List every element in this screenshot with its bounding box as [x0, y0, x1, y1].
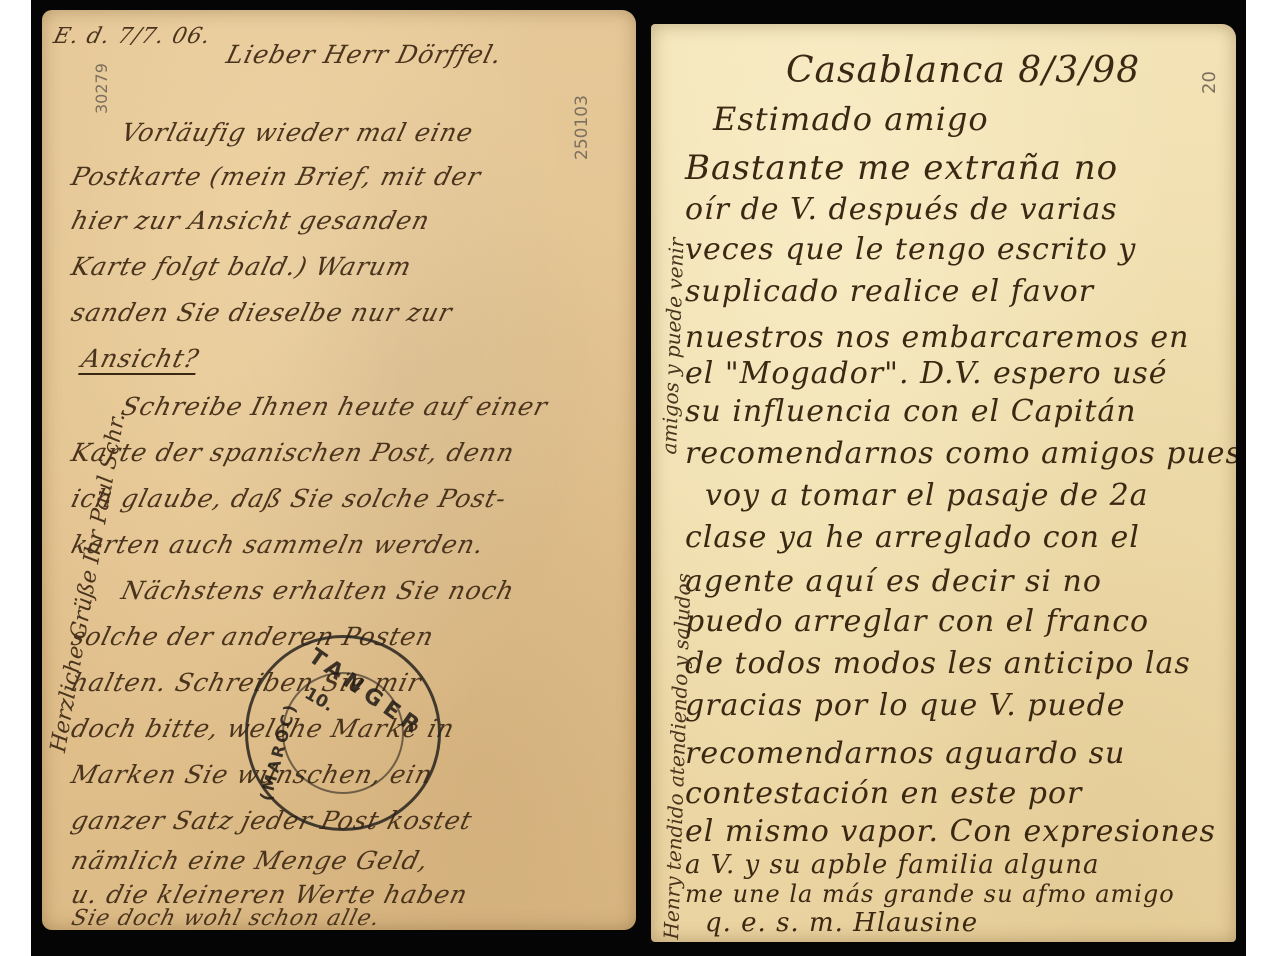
- body-line: sanden Sie dieselbe nur zur: [68, 298, 455, 327]
- body-line: contestación en este por: [685, 776, 1082, 811]
- body-line: el mismo vapor. Con expresiones: [685, 814, 1216, 849]
- body-line: nämlich eine Menge Geld,: [68, 846, 432, 875]
- body-line: puedo arreglar con el franco: [685, 604, 1149, 639]
- body-line: veces que le tengo escrito y: [685, 232, 1136, 267]
- right-margin-note-top: amigos y puede venir: [657, 237, 689, 455]
- right-card-place-date: Casablanca 8/3/98: [786, 50, 1140, 91]
- body-line: recomendarnos aguardo su: [685, 736, 1125, 771]
- body-line: ganzer Satz jeder Post kostet: [68, 806, 475, 835]
- left-postcard: E. d. 7/7. 06. Lieber Herr Dörffel. 3027…: [42, 10, 636, 930]
- body-line: a V. y su apble familia alguna: [685, 850, 1100, 880]
- body-line: el "Mogador". D.V. espero usé: [685, 356, 1168, 391]
- body-line: Karte der spanischen Post, denn: [68, 438, 517, 467]
- body-line: voy a tomar el pasaje de 2a: [705, 478, 1149, 513]
- body-line: Postkarte (mein Brief, mit der: [68, 162, 484, 191]
- body-line: Sie doch wohl schon alle.: [69, 906, 383, 930]
- body-line: Ansicht?: [78, 344, 202, 375]
- body-line: Vorläufig wieder mal eine: [118, 118, 476, 147]
- pencil-number-1: 30279: [92, 63, 111, 114]
- body-line: karten auch sammeln werden.: [68, 530, 487, 559]
- body-line: Bastante me extraña no: [685, 148, 1118, 188]
- pencil-number-2: 250103: [572, 95, 592, 160]
- left-card-date-note: E. d. 7/7. 06.: [51, 24, 214, 49]
- body-line: su influencia con el Capitán: [685, 394, 1137, 429]
- body-line: hier zur Ansicht gesanden: [68, 206, 433, 235]
- body-line: agente aquí es decir si no: [685, 564, 1102, 599]
- tanger-postmark: TANGER (MAROC) 10.: [245, 635, 441, 831]
- body-line: suplicado realice el favor: [685, 274, 1094, 309]
- pencil-number: 20: [1199, 71, 1220, 94]
- right-postcard: Casablanca 8/3/98 Estimado amigo 20 Bast…: [651, 24, 1236, 942]
- body-line: recomendarnos como amigos pues: [685, 436, 1236, 471]
- body-line: Nächstens erhalten Sie noch: [118, 576, 517, 605]
- signature: q. e. s. m. Hlausine: [705, 908, 978, 938]
- body-line: Schreibe Ihnen heute auf einer: [118, 392, 550, 421]
- body-line: nuestros nos embarcaremos en: [685, 320, 1189, 355]
- body-line: me une la más grande su afmo amigo: [685, 880, 1175, 908]
- body-line: gracias por lo que V. puede: [685, 688, 1126, 723]
- body-line: oír de V. después de varias: [685, 192, 1118, 227]
- right-card-salutation: Estimado amigo: [713, 100, 989, 138]
- left-card-salutation: Lieber Herr Dörffel.: [223, 40, 505, 69]
- body-line: Karte folgt bald.) Warum: [68, 252, 415, 281]
- body-line: ich glaube, daß Sie solche Post-: [68, 484, 509, 513]
- body-line: clase ya he arreglado con el: [685, 520, 1140, 555]
- body-line: de todos modos les anticipo las: [685, 646, 1191, 681]
- body-line: u. die kleineren Werte haben: [68, 880, 471, 909]
